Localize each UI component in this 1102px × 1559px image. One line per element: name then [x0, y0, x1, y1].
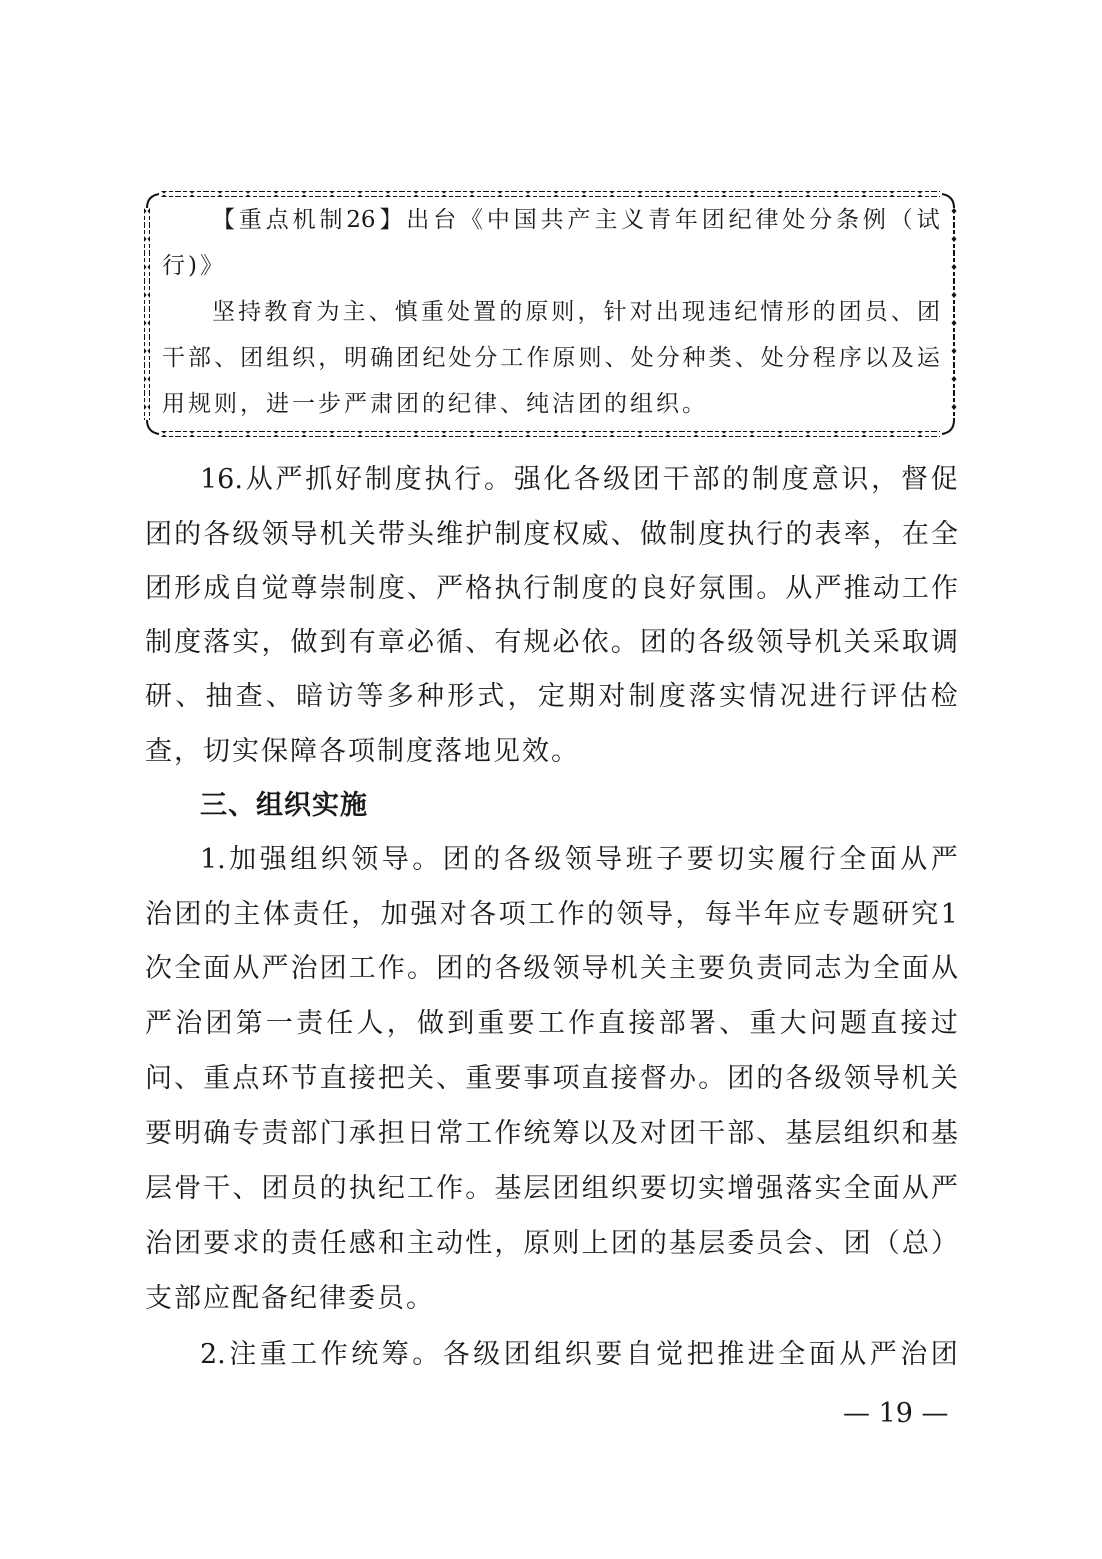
glyph: 自	[232, 572, 259, 606]
glyph: 组	[266, 343, 289, 373]
glyph: 落	[785, 1172, 812, 1206]
glyph: 检	[931, 680, 958, 714]
glyph: 关	[349, 518, 376, 552]
glyph: 取	[902, 626, 929, 660]
glyph: 研	[882, 898, 909, 932]
glyph: 治	[175, 1007, 202, 1041]
glyph: 求	[232, 1227, 259, 1261]
glyph: 直	[870, 1007, 897, 1041]
glyph: 年	[675, 205, 698, 235]
glyph: 行	[756, 518, 783, 552]
glyph: 青	[648, 205, 671, 235]
glyph: 的	[499, 297, 522, 327]
glyph: 级	[534, 843, 561, 877]
glyph: 导	[582, 952, 609, 986]
glyph: 、	[266, 680, 293, 714]
glyph: 治	[291, 952, 318, 986]
glyph: 制	[629, 680, 656, 714]
glyph: 暗	[296, 680, 323, 714]
glyph: ，	[318, 343, 341, 373]
glyph: 的	[204, 898, 231, 932]
glyph: 组	[582, 1172, 609, 1206]
glyph: 领	[351, 843, 378, 877]
glyph: 直	[582, 1062, 609, 1096]
glyph: 团	[320, 952, 347, 986]
glyph: 年	[764, 898, 791, 932]
glyph: 工	[500, 343, 523, 373]
glyph: 上	[582, 1227, 609, 1261]
glyph: 大	[780, 1007, 807, 1041]
glyph: 会	[785, 1227, 812, 1261]
glyph: 导	[291, 518, 318, 552]
glyph: 、	[891, 297, 914, 327]
callout-line-text: 行)》	[162, 251, 226, 281]
glyph: 工	[528, 898, 555, 932]
glyph: 制	[319, 205, 342, 235]
glyph: 查	[236, 680, 263, 714]
glyph: 团	[844, 1227, 871, 1261]
glyph: 对	[598, 680, 625, 714]
glyph: 以	[865, 343, 888, 373]
glyph: 进	[748, 1338, 775, 1372]
glyph: 。	[611, 626, 638, 660]
glyph: 分	[657, 343, 680, 373]
glyph: 工	[538, 1007, 565, 1041]
glyph: 团	[174, 898, 201, 932]
glyph: 制	[349, 572, 376, 606]
glyph: （	[890, 205, 913, 235]
callout-line-text: 用规则，进一步严肃团的纪律、纯洁团的组织。	[162, 389, 708, 419]
glyph: 纪	[729, 205, 752, 235]
glyph: 。	[756, 572, 783, 606]
section-heading: 三、组织实施	[200, 789, 368, 823]
glyph: 领	[261, 518, 288, 552]
glyph: 加	[381, 898, 408, 932]
glyph: 维	[436, 518, 463, 552]
glyph: 中	[487, 205, 510, 235]
glyph: 分	[474, 343, 497, 373]
glyph: 确	[370, 343, 393, 373]
glyph: 推	[717, 1338, 744, 1372]
glyph: 置	[473, 297, 496, 327]
glyph: 行	[454, 463, 481, 497]
glyph: 在	[902, 518, 929, 552]
paragraph-16-line: 研、抽查、暗访等多种形式，定期对制度落实情况进行评估检	[145, 680, 958, 714]
glyph: 领	[565, 843, 592, 877]
glyph: 。	[412, 1338, 439, 1372]
glyph: ，	[675, 898, 702, 932]
glyph: 全	[844, 1172, 871, 1206]
glyph: 觉	[656, 1338, 683, 1372]
glyph: 领	[844, 1062, 871, 1096]
glyph: 责	[291, 1227, 318, 1261]
glyph: 制	[494, 518, 521, 552]
glyph: 责	[261, 1117, 288, 1151]
glyph: 团	[205, 1007, 232, 1041]
glyph: 的	[465, 952, 492, 986]
callout-body-line-3: 用规则，进一步严肃团的纪律、纯洁团的组织。	[162, 389, 940, 419]
glyph: 的	[261, 1227, 288, 1261]
glyph: 研	[145, 680, 172, 714]
glyph: 级	[815, 1062, 842, 1096]
glyph: 明	[344, 343, 367, 373]
glyph: 督	[640, 1062, 667, 1096]
glyph: 门	[320, 1117, 347, 1151]
glyph: 带	[378, 518, 405, 552]
glyph: 处	[761, 343, 784, 373]
glyph: 从	[902, 1172, 929, 1206]
glyph: 处	[631, 343, 654, 373]
glyph: 应	[793, 898, 820, 932]
glyph: 确	[203, 1117, 230, 1151]
glyph: 执	[494, 572, 521, 606]
glyph: 重	[749, 1007, 776, 1041]
glyph: 责	[296, 1007, 323, 1041]
glyph: 头	[407, 518, 434, 552]
glyph: 、	[407, 572, 434, 606]
glyph: 主	[407, 1227, 434, 1261]
glyph: ，	[871, 463, 898, 497]
glyph: 问	[145, 1062, 172, 1096]
glyph: 章	[378, 626, 405, 660]
glyph: 全	[931, 518, 958, 552]
glyph: 度	[582, 572, 609, 606]
glyph: 作	[558, 898, 585, 932]
paragraph-16-line: 16.从严抓好制度执行。强化各级团干部的制度意识，督促	[200, 463, 958, 497]
glyph: 作	[378, 952, 405, 986]
glyph: 意	[812, 463, 839, 497]
glyph: 机	[320, 518, 347, 552]
glyph: 切	[669, 1172, 696, 1206]
glyph: 机	[293, 205, 316, 235]
glyph: 干	[663, 463, 690, 497]
glyph: 各	[469, 898, 496, 932]
glyph: 督	[901, 463, 928, 497]
glyph: 任	[326, 1007, 353, 1041]
glyph: 级	[473, 1338, 500, 1372]
glyph: 。	[698, 1062, 725, 1096]
glyph: ，	[508, 680, 535, 714]
page-number: — 19 —	[843, 1398, 947, 1430]
glyph: 明	[174, 1117, 201, 1151]
glyph: 的	[174, 518, 201, 552]
glyph: 护	[465, 518, 492, 552]
glyph: 团	[261, 1172, 288, 1206]
glyph: 究	[911, 898, 938, 932]
glyph: 负	[727, 952, 754, 986]
glyph: 基	[669, 1227, 696, 1261]
glyph: 团	[640, 626, 667, 660]
glyph: 问	[810, 1007, 837, 1041]
glyph: 调	[931, 626, 958, 660]
glyph: 题	[840, 1007, 867, 1041]
glyph: 度	[659, 680, 686, 714]
paragraph-text: 查，切实保障各项制度落地见效。	[145, 735, 580, 769]
glyph: 种	[683, 343, 706, 373]
glyph: 26	[346, 205, 375, 235]
glyph: 环	[261, 1062, 288, 1096]
glyph: 对	[630, 297, 653, 327]
glyph: 部	[692, 463, 719, 497]
glyph: 重	[477, 1007, 504, 1041]
glyph: 、	[436, 1062, 463, 1096]
glyph: 团	[633, 463, 660, 497]
glyph: 规	[523, 626, 550, 660]
glyph: 抽	[205, 680, 232, 714]
glyph: 到	[447, 1007, 474, 1041]
glyph: 重	[465, 1062, 492, 1096]
glyph: 度	[174, 626, 201, 660]
glyph: 作	[568, 1007, 595, 1041]
glyph: 要	[640, 1172, 667, 1206]
glyph: 。	[407, 952, 434, 986]
glyph: 为	[316, 297, 339, 327]
glyph: 针	[604, 297, 627, 327]
glyph: 团	[553, 1172, 580, 1206]
glyph: 机	[815, 626, 842, 660]
callout-title-line-2: 行)》	[162, 251, 940, 281]
glyph: 慎	[395, 297, 418, 327]
glyph: 度	[395, 463, 422, 497]
glyph: 为	[844, 952, 871, 986]
glyph: 导	[382, 843, 409, 877]
glyph: 进	[810, 680, 837, 714]
glyph: 形	[447, 680, 474, 714]
glyph: 节	[291, 1062, 318, 1096]
glyph: 氛	[698, 572, 725, 606]
glyph: 团	[931, 1338, 958, 1372]
glyph: 从	[839, 1338, 866, 1372]
glyph: 多	[387, 680, 414, 714]
glyph: 有	[349, 626, 376, 660]
glyph: 种	[417, 680, 444, 714]
glyph: 率	[844, 518, 871, 552]
glyph: 作	[931, 572, 958, 606]
glyph: 制	[669, 518, 696, 552]
glyph: 接	[900, 1007, 927, 1041]
glyph: 威	[582, 518, 609, 552]
glyph: 员	[291, 1172, 318, 1206]
paragraph-16-line: 制度落实，做到有章必循、有规必依。团的各级领导机关采取调	[145, 626, 958, 660]
glyph: 严	[276, 463, 303, 497]
glyph: 强	[756, 1172, 783, 1206]
glyph: 导	[646, 898, 673, 932]
glyph: 组	[844, 1117, 871, 1151]
item-1-line: 严治团第一责任人，做到重要工作直接部署、重大问题直接过	[145, 1007, 958, 1041]
glyph: 类	[709, 343, 732, 373]
glyph: 要	[687, 843, 714, 877]
glyph: 。	[412, 843, 439, 877]
glyph: 干	[162, 343, 185, 373]
item-1-line: 问、重点环节直接把关、重要事项直接督办。团的各级领导机关	[145, 1062, 958, 1096]
glyph: （	[873, 1227, 900, 1261]
glyph: 实	[748, 843, 775, 877]
glyph: 层	[523, 1172, 550, 1206]
glyph: 强	[260, 843, 287, 877]
glyph: 化	[544, 463, 571, 497]
glyph: 共	[541, 205, 564, 235]
glyph: 团	[145, 572, 172, 606]
glyph: 干	[203, 1172, 230, 1206]
glyph: 推	[844, 572, 871, 606]
glyph: 育	[290, 297, 313, 327]
glyph: 教	[264, 297, 287, 327]
glyph: 的	[669, 626, 696, 660]
glyph: 运	[917, 343, 940, 373]
glyph: 访	[326, 680, 353, 714]
glyph: 筹	[382, 1338, 409, 1372]
glyph: 统	[351, 1338, 378, 1372]
glyph: 织	[292, 343, 315, 373]
glyph: 主	[343, 297, 366, 327]
glyph: 实	[698, 1172, 725, 1206]
glyph: 作	[436, 1172, 463, 1206]
glyph: 要	[494, 1062, 521, 1096]
glyph: 定	[538, 680, 565, 714]
callout-body-line-2: 干部、团组织，明确团纪处分工作原则、处分种类、处分程序以及运	[162, 343, 940, 373]
glyph: 一	[266, 1007, 293, 1041]
glyph: 现	[682, 297, 705, 327]
glyph: 子	[656, 843, 683, 877]
glyph: 严	[436, 572, 463, 606]
glyph: 感	[349, 1227, 376, 1261]
glyph: 关	[640, 952, 667, 986]
glyph: 团	[504, 1338, 531, 1372]
glyph: 的	[813, 297, 836, 327]
glyph: 面	[902, 952, 929, 986]
glyph: 情	[760, 297, 783, 327]
glyph: 工	[902, 572, 929, 606]
glyph: 对	[640, 1117, 667, 1151]
item-1-line: 要明确专责部门承担日常工作统筹以及对团干部、基层组织和基	[145, 1117, 958, 1151]
callout-body-line-1: 坚持教育为主、慎重处置的原则，针对出现违纪情形的团员、团	[212, 297, 940, 327]
glyph: 《	[460, 205, 483, 235]
glyph: 机	[902, 1062, 929, 1096]
glyph: 领	[617, 898, 644, 932]
glyph: 工	[349, 952, 376, 986]
glyph: ，	[494, 1227, 521, 1261]
glyph: 【	[212, 205, 235, 235]
glyph: 团	[917, 297, 940, 327]
glyph: 实	[232, 626, 259, 660]
glyph: ，	[873, 518, 900, 552]
paragraph-16-line: 团的各级领导机关带头维护制度权威、做制度执行的表率，在全	[145, 518, 958, 552]
glyph: 分	[809, 205, 832, 235]
glyph: 团	[839, 297, 862, 327]
glyph: 团	[145, 518, 172, 552]
glyph: 况	[780, 680, 807, 714]
glyph: 严	[261, 952, 288, 986]
glyph: 治	[145, 1227, 172, 1261]
glyph: 台	[433, 205, 456, 235]
glyph: 织	[873, 1117, 900, 1151]
glyph: 项	[499, 898, 526, 932]
glyph: 团	[240, 343, 263, 373]
glyph: 采	[873, 626, 900, 660]
glyph: 加	[229, 843, 256, 877]
glyph: 接	[349, 1062, 376, 1096]
glyph: 从	[785, 572, 812, 606]
glyph: 机	[611, 952, 638, 986]
glyph: 关	[407, 1062, 434, 1096]
glyph: 的	[756, 1062, 783, 1096]
glyph: 、	[735, 343, 758, 373]
glyph: 作	[494, 1117, 521, 1151]
glyph: 导	[785, 626, 812, 660]
glyph: 专	[232, 1117, 259, 1151]
glyph: 主	[594, 205, 617, 235]
glyph: 办	[669, 1062, 696, 1096]
glyph: 点	[266, 205, 289, 235]
glyph: 围	[727, 572, 754, 606]
glyph: 常	[436, 1117, 463, 1151]
glyph: 1	[941, 898, 958, 932]
glyph: 团	[174, 1227, 201, 1261]
glyph: 性	[465, 1227, 492, 1261]
glyph: 织	[611, 1172, 638, 1206]
glyph: 团	[443, 843, 470, 877]
glyph: 级	[727, 626, 754, 660]
glyph: 导	[595, 843, 622, 877]
glyph: 、	[369, 297, 392, 327]
glyph: 各	[573, 463, 600, 497]
glyph: 实	[719, 680, 746, 714]
glyph: ）	[931, 1227, 958, 1261]
glyph: 觉	[261, 572, 288, 606]
item-1-line: 支部应配备纪律委员。	[145, 1282, 958, 1316]
glyph: 责	[292, 898, 319, 932]
glyph: 把	[687, 1338, 714, 1372]
glyph: 式	[477, 680, 504, 714]
glyph: 良	[640, 572, 667, 606]
glyph: 员	[865, 297, 888, 327]
glyph: 则	[551, 297, 574, 327]
glyph: 情	[749, 680, 776, 714]
glyph: 作	[526, 343, 549, 373]
glyph: 次	[145, 952, 172, 986]
item-2-line: 2.注重工作统筹。各级团组织要自觉把推进全面从严治团	[200, 1338, 958, 1372]
glyph: 重	[421, 297, 444, 327]
glyph: 执	[727, 518, 754, 552]
glyph: 崇	[320, 572, 347, 606]
glyph: 把	[378, 1062, 405, 1096]
glyph: 志	[815, 952, 842, 986]
glyph: 制	[365, 463, 392, 497]
glyph: 增	[727, 1172, 754, 1206]
glyph: 实	[815, 1172, 842, 1206]
glyph: 要	[145, 1117, 172, 1151]
glyph: 从	[931, 952, 958, 986]
glyph: 严	[931, 1172, 958, 1206]
glyph: 各	[698, 626, 725, 660]
glyph: 条	[836, 205, 859, 235]
glyph: 律	[755, 205, 778, 235]
glyph: 动	[873, 572, 900, 606]
glyph: 级	[603, 463, 630, 497]
glyph: 各	[203, 518, 230, 552]
glyph: 产	[567, 205, 590, 235]
glyph: 半	[734, 898, 761, 932]
glyph: 的	[587, 898, 614, 932]
glyph: 严	[815, 572, 842, 606]
item-1-line: 治团要求的责任感和主动性，原则上团的基层委员会、团（总）	[145, 1227, 958, 1261]
glyph: 面	[809, 1338, 836, 1372]
glyph: 、	[232, 1172, 259, 1206]
glyph: 全	[839, 843, 866, 877]
glyph: 制	[553, 572, 580, 606]
glyph: 、	[611, 518, 638, 552]
glyph: 专	[823, 898, 850, 932]
